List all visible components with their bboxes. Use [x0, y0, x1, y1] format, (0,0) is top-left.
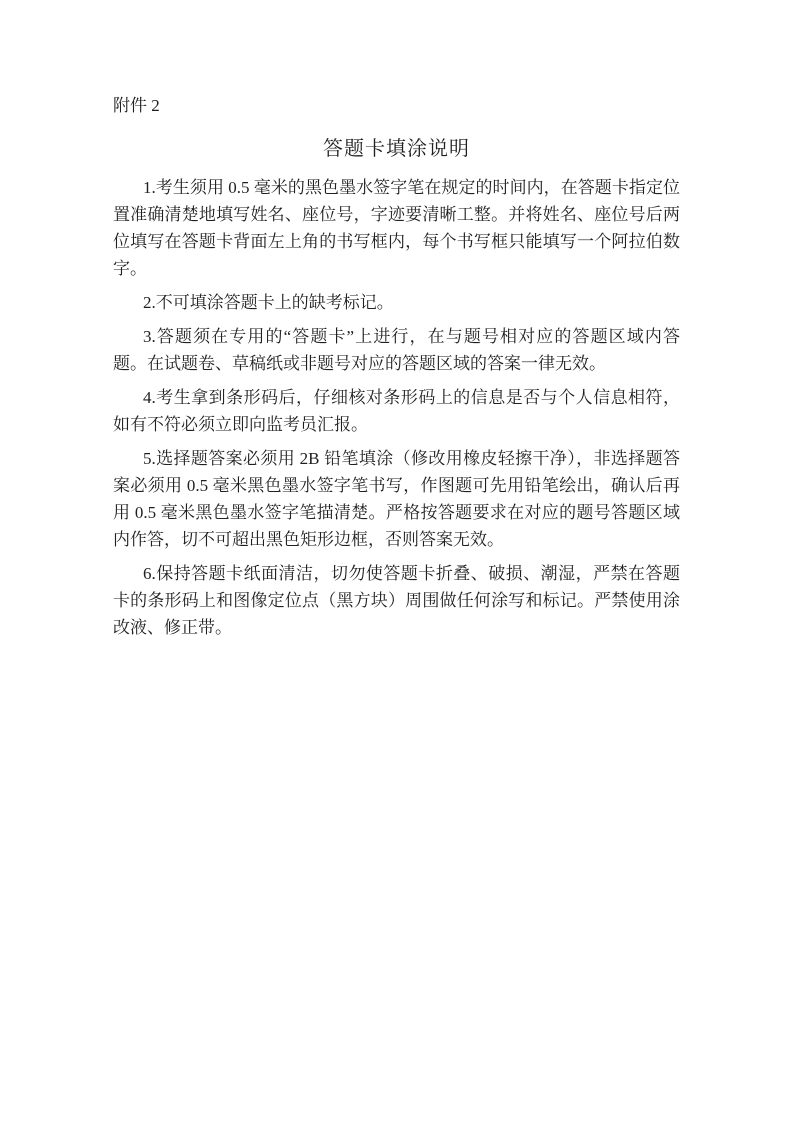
paragraph-2: 2.不可填涂答题卡上的缺考标记。 [113, 289, 680, 316]
attachment-label: 附件 2 [113, 93, 680, 119]
paragraph-3: 3.答题须在专用的“答题卡”上进行，在与题号相对应的答题区域内答题。在试题卷、草… [113, 323, 680, 377]
document-page: 附件 2 答题卡填涂说明 1.考生须用 0.5 毫米的黑色墨水签字笔在规定的时间… [0, 0, 793, 1122]
paragraph-1: 1.考生须用 0.5 毫米的黑色墨水签字笔在规定的时间内，在答题卡指定位置准确清… [113, 174, 680, 282]
paragraph-6: 6.保持答题卡纸面清洁，切勿使答题卡折叠、破损、潮湿，严禁在答题卡的条形码上和图… [113, 560, 680, 641]
paragraph-5: 5.选择题答案必须用 2B 铅笔填涂（修改用橡皮轻擦干净），非选择题答案必须用 … [113, 445, 680, 553]
document-content: 附件 2 答题卡填涂说明 1.考生须用 0.5 毫米的黑色墨水签字笔在规定的时间… [113, 93, 680, 641]
document-title: 答题卡填涂说明 [113, 136, 680, 162]
paragraph-4: 4.考生拿到条形码后，仔细核对条形码上的信息是否与个人信息相符，如有不符必须立即… [113, 384, 680, 438]
